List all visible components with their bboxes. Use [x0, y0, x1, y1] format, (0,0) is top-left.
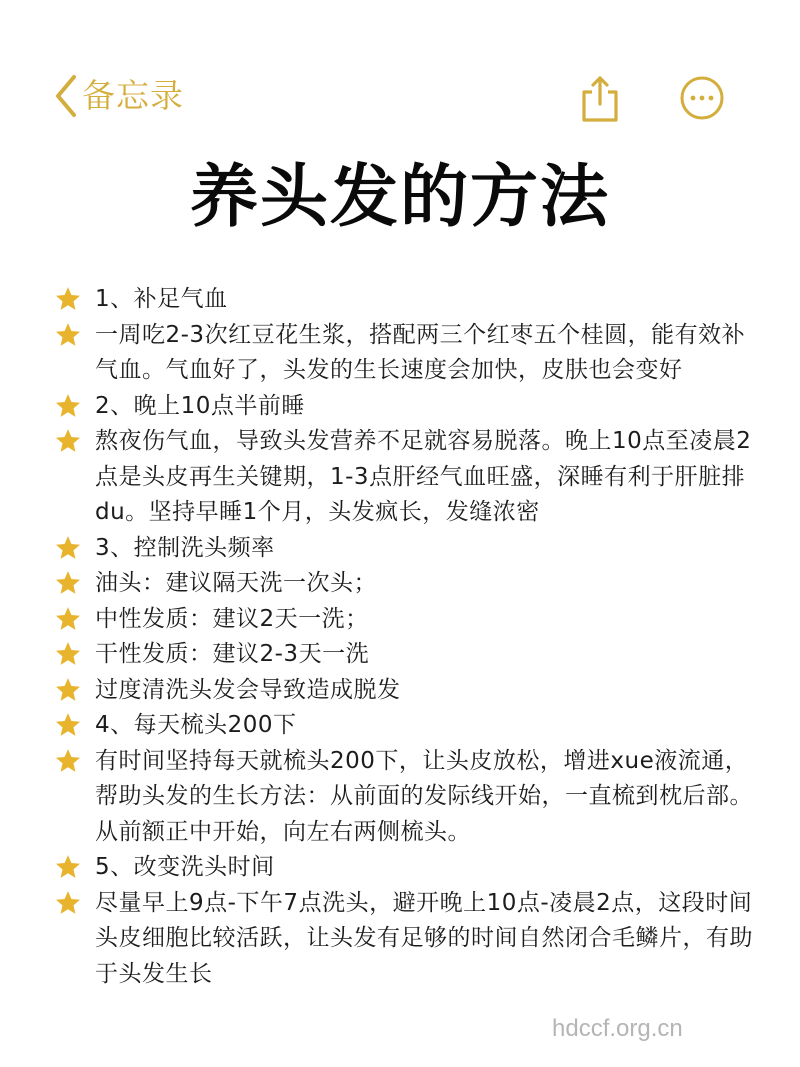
back-button[interactable]: 备忘录 — [54, 72, 184, 120]
star-icon — [54, 676, 82, 704]
list-item: 3、控制洗头频率 — [54, 531, 766, 567]
star-icon — [54, 605, 82, 633]
star-icon — [54, 889, 82, 917]
list-item-text: 过度清洗头发会导致造成脱发 — [95, 673, 766, 709]
navigation-bar: 备忘录 — [0, 68, 800, 128]
star-icon — [54, 569, 82, 597]
list-item-text: 2、晚上10点半前睡 — [95, 389, 766, 425]
list-item: 1、补足气血 — [54, 282, 766, 318]
list-item-text: 3、控制洗头频率 — [95, 531, 766, 567]
list-item: 4、每天梳头200下 — [54, 708, 766, 744]
list-item-text: 1、补足气血 — [95, 282, 766, 318]
star-icon — [54, 534, 82, 562]
list-item: 中性发质：建议2天一洗； — [54, 602, 766, 638]
list-item-text: 中性发质：建议2天一洗； — [95, 602, 766, 638]
list-item: 过度清洗头发会导致造成脱发 — [54, 673, 766, 709]
list-item-text: 油头：建议隔天洗一次头； — [95, 566, 766, 602]
list-item: 有时间坚持每天就梳头200下，让头皮放松，增进xue液流通，帮助头发的生长方法：… — [54, 744, 766, 851]
list-item-text: 熬夜伤气血，导致头发营养不足就容易脱落。晚上10点至凌晨2点是头皮再生关键期，1… — [95, 424, 766, 531]
notes-page: 备忘录 养头发的方法 — [0, 0, 800, 1067]
more-button[interactable] — [678, 74, 726, 122]
star-icon — [54, 853, 82, 881]
note-title: 养头发的方法 — [0, 158, 800, 238]
watermark: hdccf.org.cn — [552, 1015, 683, 1043]
star-icon — [54, 640, 82, 668]
star-icon — [54, 321, 82, 349]
back-label: 备忘录 — [82, 72, 184, 120]
list-item-text: 一周吃2-3次红豆花生浆，搭配两三个红枣五个桂圆，能有效补气血。气血好了，头发的… — [95, 318, 766, 389]
list-item: 2、晚上10点半前睡 — [54, 389, 766, 425]
list-item: 干性发质：建议2-3天一洗 — [54, 637, 766, 673]
list-item: 熬夜伤气血，导致头发营养不足就容易脱落。晚上10点至凌晨2点是头皮再生关键期，1… — [54, 424, 766, 531]
more-ellipsis-icon — [678, 107, 726, 126]
list-item: 油头：建议隔天洗一次头； — [54, 566, 766, 602]
list-item-text: 干性发质：建议2-3天一洗 — [95, 637, 766, 673]
chevron-left-icon — [54, 74, 78, 118]
note-body[interactable]: 1、补足气血 一周吃2-3次红豆花生浆，搭配两三个红枣五个桂圆，能有效补气血。气… — [54, 282, 766, 992]
star-icon — [54, 285, 82, 313]
list-item: 一周吃2-3次红豆花生浆，搭配两三个红枣五个桂圆，能有效补气血。气血好了，头发的… — [54, 318, 766, 389]
star-icon — [54, 711, 82, 739]
list-item-text: 5、改变洗头时间 — [95, 850, 766, 886]
star-icon — [54, 747, 82, 775]
star-icon — [54, 427, 82, 455]
list-item-text: 有时间坚持每天就梳头200下，让头皮放松，增进xue液流通，帮助头发的生长方法：… — [95, 744, 766, 851]
share-button[interactable] — [578, 74, 622, 124]
star-icon — [54, 392, 82, 420]
list-item: 尽量早上9点-下午7点洗头，避开晚上10点-凌晨2点，这段时间头皮细胞比较活跃，… — [54, 886, 766, 993]
list-item-text: 4、每天梳头200下 — [95, 708, 766, 744]
share-icon — [578, 109, 622, 128]
list-item: 5、改变洗头时间 — [54, 850, 766, 886]
list-item-text: 尽量早上9点-下午7点洗头，避开晚上10点-凌晨2点，这段时间头皮细胞比较活跃，… — [95, 886, 766, 993]
